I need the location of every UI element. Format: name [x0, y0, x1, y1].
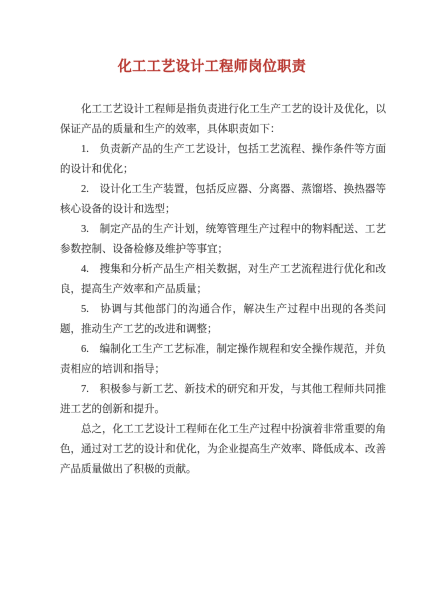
duty-item-7: 7. 积极参与新工艺、新技术的研究和开发，与其他工程师共同推进工艺的创新和提升。 [60, 380, 386, 420]
document-title: 化工工艺设计工程师岗位职责 [0, 58, 424, 78]
document-body: 化工工艺设计工程师是指负责进行化工生产工艺的设计及优化，以保证产品的质量和生产的… [60, 100, 386, 480]
duty-item-2: 2. 设计化工生产装置，包括反应器、分离器、蒸馏塔、换热器等核心设备的设计和选型… [60, 180, 386, 220]
duty-item-6: 6. 编制化工生产工艺标准，制定操作规程和安全操作规范，并负责相应的培训和指导； [60, 340, 386, 380]
document-page: 化工工艺设计工程师岗位职责 化工工艺设计工程师是指负责进行化工生产工艺的设计及优… [0, 0, 424, 600]
intro-paragraph: 化工工艺设计工程师是指负责进行化工生产工艺的设计及优化，以保证产品的质量和生产的… [60, 100, 386, 140]
duty-item-3: 3. 制定产品的生产计划，统筹管理生产过程中的物料配送、工艺参数控制、设备检修及… [60, 220, 386, 260]
duty-item-1: 1. 负责新产品的生产工艺设计，包括工艺流程、操作条件等方面的设计和优化； [60, 140, 386, 180]
duty-item-5: 5. 协调与其他部门的沟通合作，解决生产过程中出现的各类问题，推动生产工艺的改进… [60, 300, 386, 340]
closing-paragraph: 总之，化工工艺设计工程师在化工生产过程中扮演着非常重要的角色，通过对工艺的设计和… [60, 420, 386, 480]
duty-item-4: 4. 搜集和分析产品生产相关数据，对生产工艺流程进行优化和改良，提高生产效率和产… [60, 260, 386, 300]
